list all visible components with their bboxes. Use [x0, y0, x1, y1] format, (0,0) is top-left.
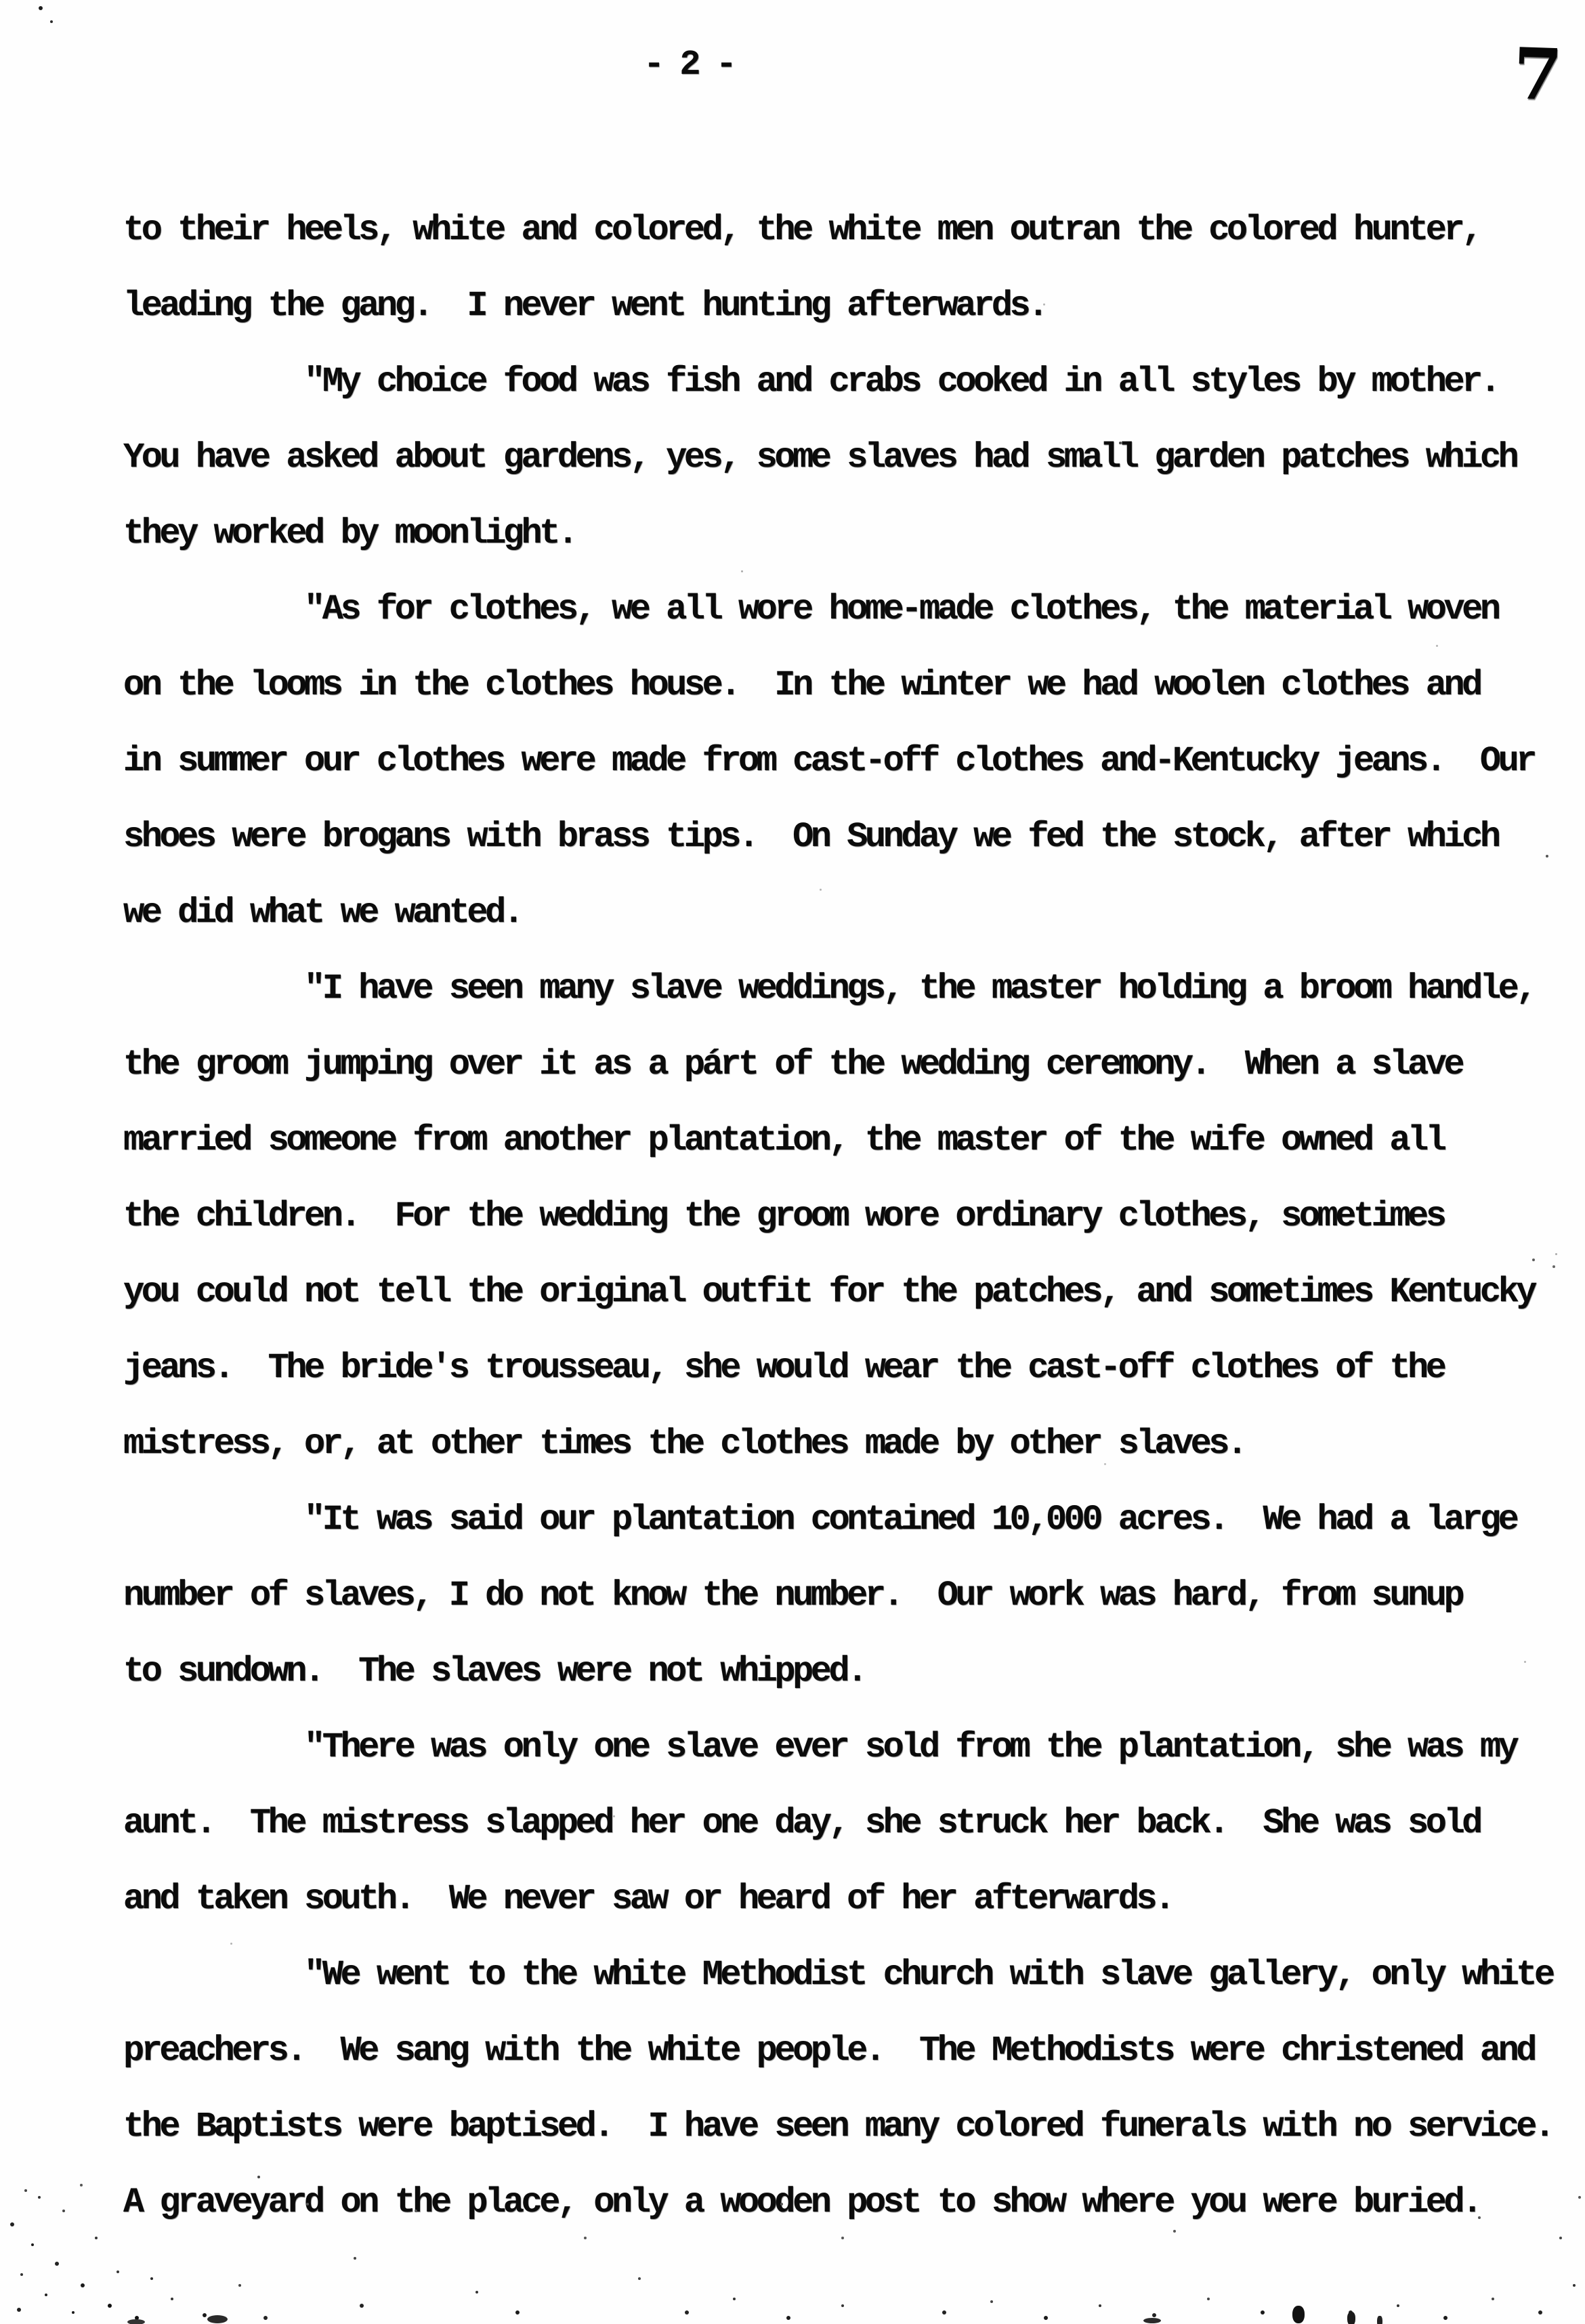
text-line: the groom jumping over it as a párt of t… — [123, 1027, 1552, 1103]
text-line: aunt. The mistress slapped her one day, … — [123, 1786, 1552, 1861]
text-line: to their heels, white and colored, the w… — [123, 192, 1552, 268]
text-line: number of slaves, I do not know the numb… — [123, 1558, 1552, 1634]
document-body: to their heels, white and colored, the w… — [123, 192, 1552, 2241]
text-line: preachers. We sang with the white people… — [123, 2013, 1552, 2089]
text-line: they worked by moonlight. — [123, 496, 1552, 572]
handwritten-folio-number: 7 — [1512, 32, 1564, 117]
scan-noise — [1292, 2306, 1305, 2323]
text-line: A graveyard on the place, only a wooden … — [123, 2165, 1552, 2241]
text-line: mistress, or, at other times the clothes… — [123, 1406, 1552, 1482]
text-line: "My choice food was fish and crabs cooke… — [123, 344, 1552, 420]
text-line: "I have seen many slave weddings, the ma… — [123, 951, 1552, 1027]
text-line: and taken south. We never saw or heard o… — [123, 1861, 1552, 1937]
text-line: "It was said our plantation contained 10… — [123, 1482, 1552, 1558]
text-line: "As for clothes, we all wore home-made c… — [123, 572, 1552, 648]
scan-noise — [0, 0, 2, 2]
text-line: the children. For the wedding the groom … — [123, 1179, 1552, 1254]
document-page: - 2 - 7 to their heels, white and colore… — [0, 0, 1585, 2324]
text-line: "We went to the white Methodist church w… — [123, 1937, 1552, 2013]
text-line: shoes were brogans with brass tips. On S… — [123, 799, 1552, 875]
text-line: to sundown. The slaves were not whipped. — [123, 1634, 1552, 1710]
text-line: you could not tell the original outfit f… — [123, 1254, 1552, 1330]
text-line: we did what we wanted. — [123, 875, 1552, 951]
text-line: the Baptists were baptised. I have seen … — [123, 2089, 1552, 2165]
scan-noise — [207, 2315, 228, 2323]
text-line: married someone from another plantation,… — [123, 1103, 1552, 1179]
text-line: You have asked about gardens, yes, some … — [123, 420, 1552, 496]
text-line: on the looms in the clothes house. In th… — [123, 648, 1552, 723]
text-line: in summer our clothes were made from cas… — [123, 723, 1552, 799]
text-line: jeans. The bride's trousseau, she would … — [123, 1330, 1552, 1406]
page-number: - 2 - — [643, 45, 734, 85]
text-line: leading the gang. I never went hunting a… — [123, 268, 1552, 344]
text-line: "There was only one slave ever sold from… — [123, 1710, 1552, 1786]
